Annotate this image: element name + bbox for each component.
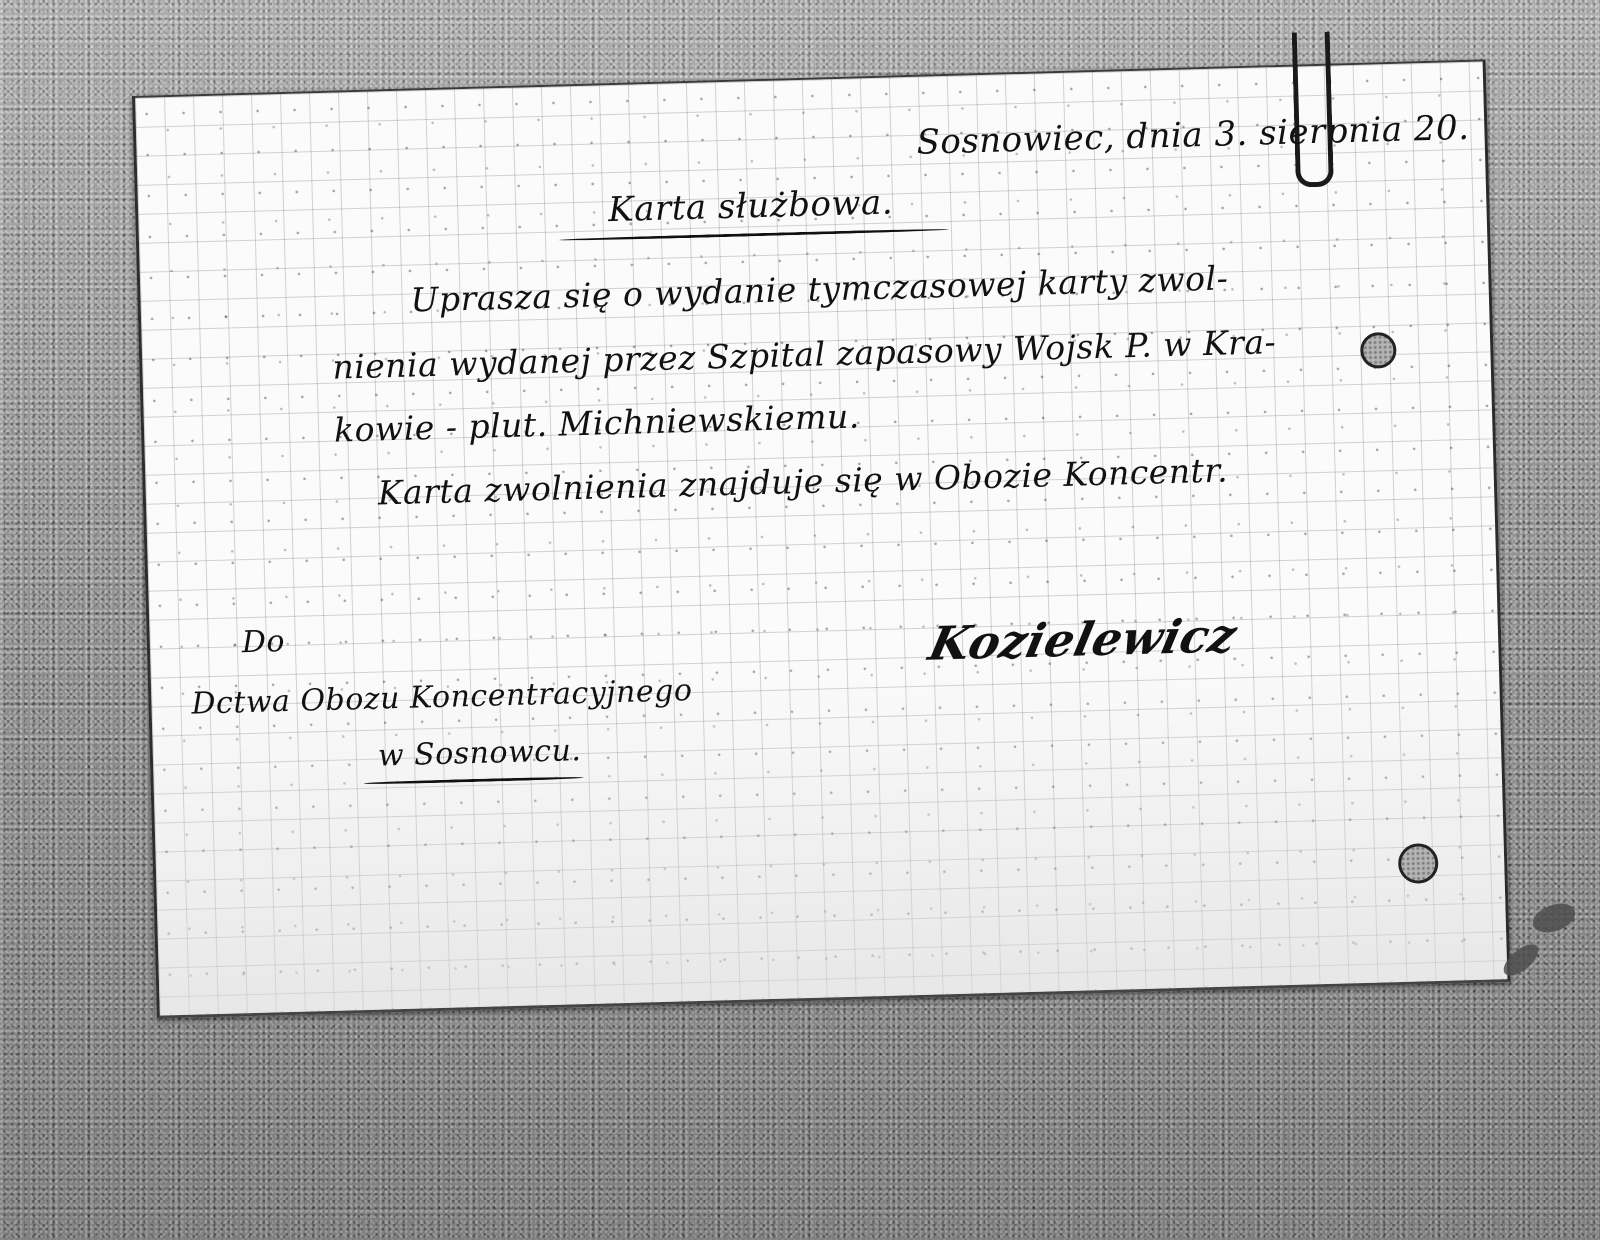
punch-hole-icon [1398,843,1439,884]
addressee-name: Dctwa Obozu Koncentracyjnego [191,673,693,722]
addressee-place: w Sosnowcu. [377,733,581,773]
punch-hole-icon [1360,332,1397,369]
title-underline [559,228,949,242]
document-title: Karta służbowa. [608,182,894,230]
addressee-underline [364,776,584,785]
body-line-1: Uprasza się o wydanie tymczasowej karty … [410,258,1229,319]
place-date-line: Sosnowiec, dnia 3. sierpnia 20. [916,108,1470,163]
body-line-2: nienia wydanej przez Szpital zapasowy Wo… [332,322,1277,387]
body-line-3: kowie - plut. Michniewskiemu. [334,396,861,449]
graph-paper-sheet: Sosnowiec, dnia 3. sierpnia 20. Karta sł… [132,59,1510,1018]
addressee-prefix: Do [241,624,285,660]
ink-smudge [1529,898,1579,937]
signature: Kozielewicz [924,608,1242,671]
body-line-4: Karta zwolnienia znajduje się w Obozie K… [377,451,1228,513]
paperclip-icon [1292,32,1334,188]
